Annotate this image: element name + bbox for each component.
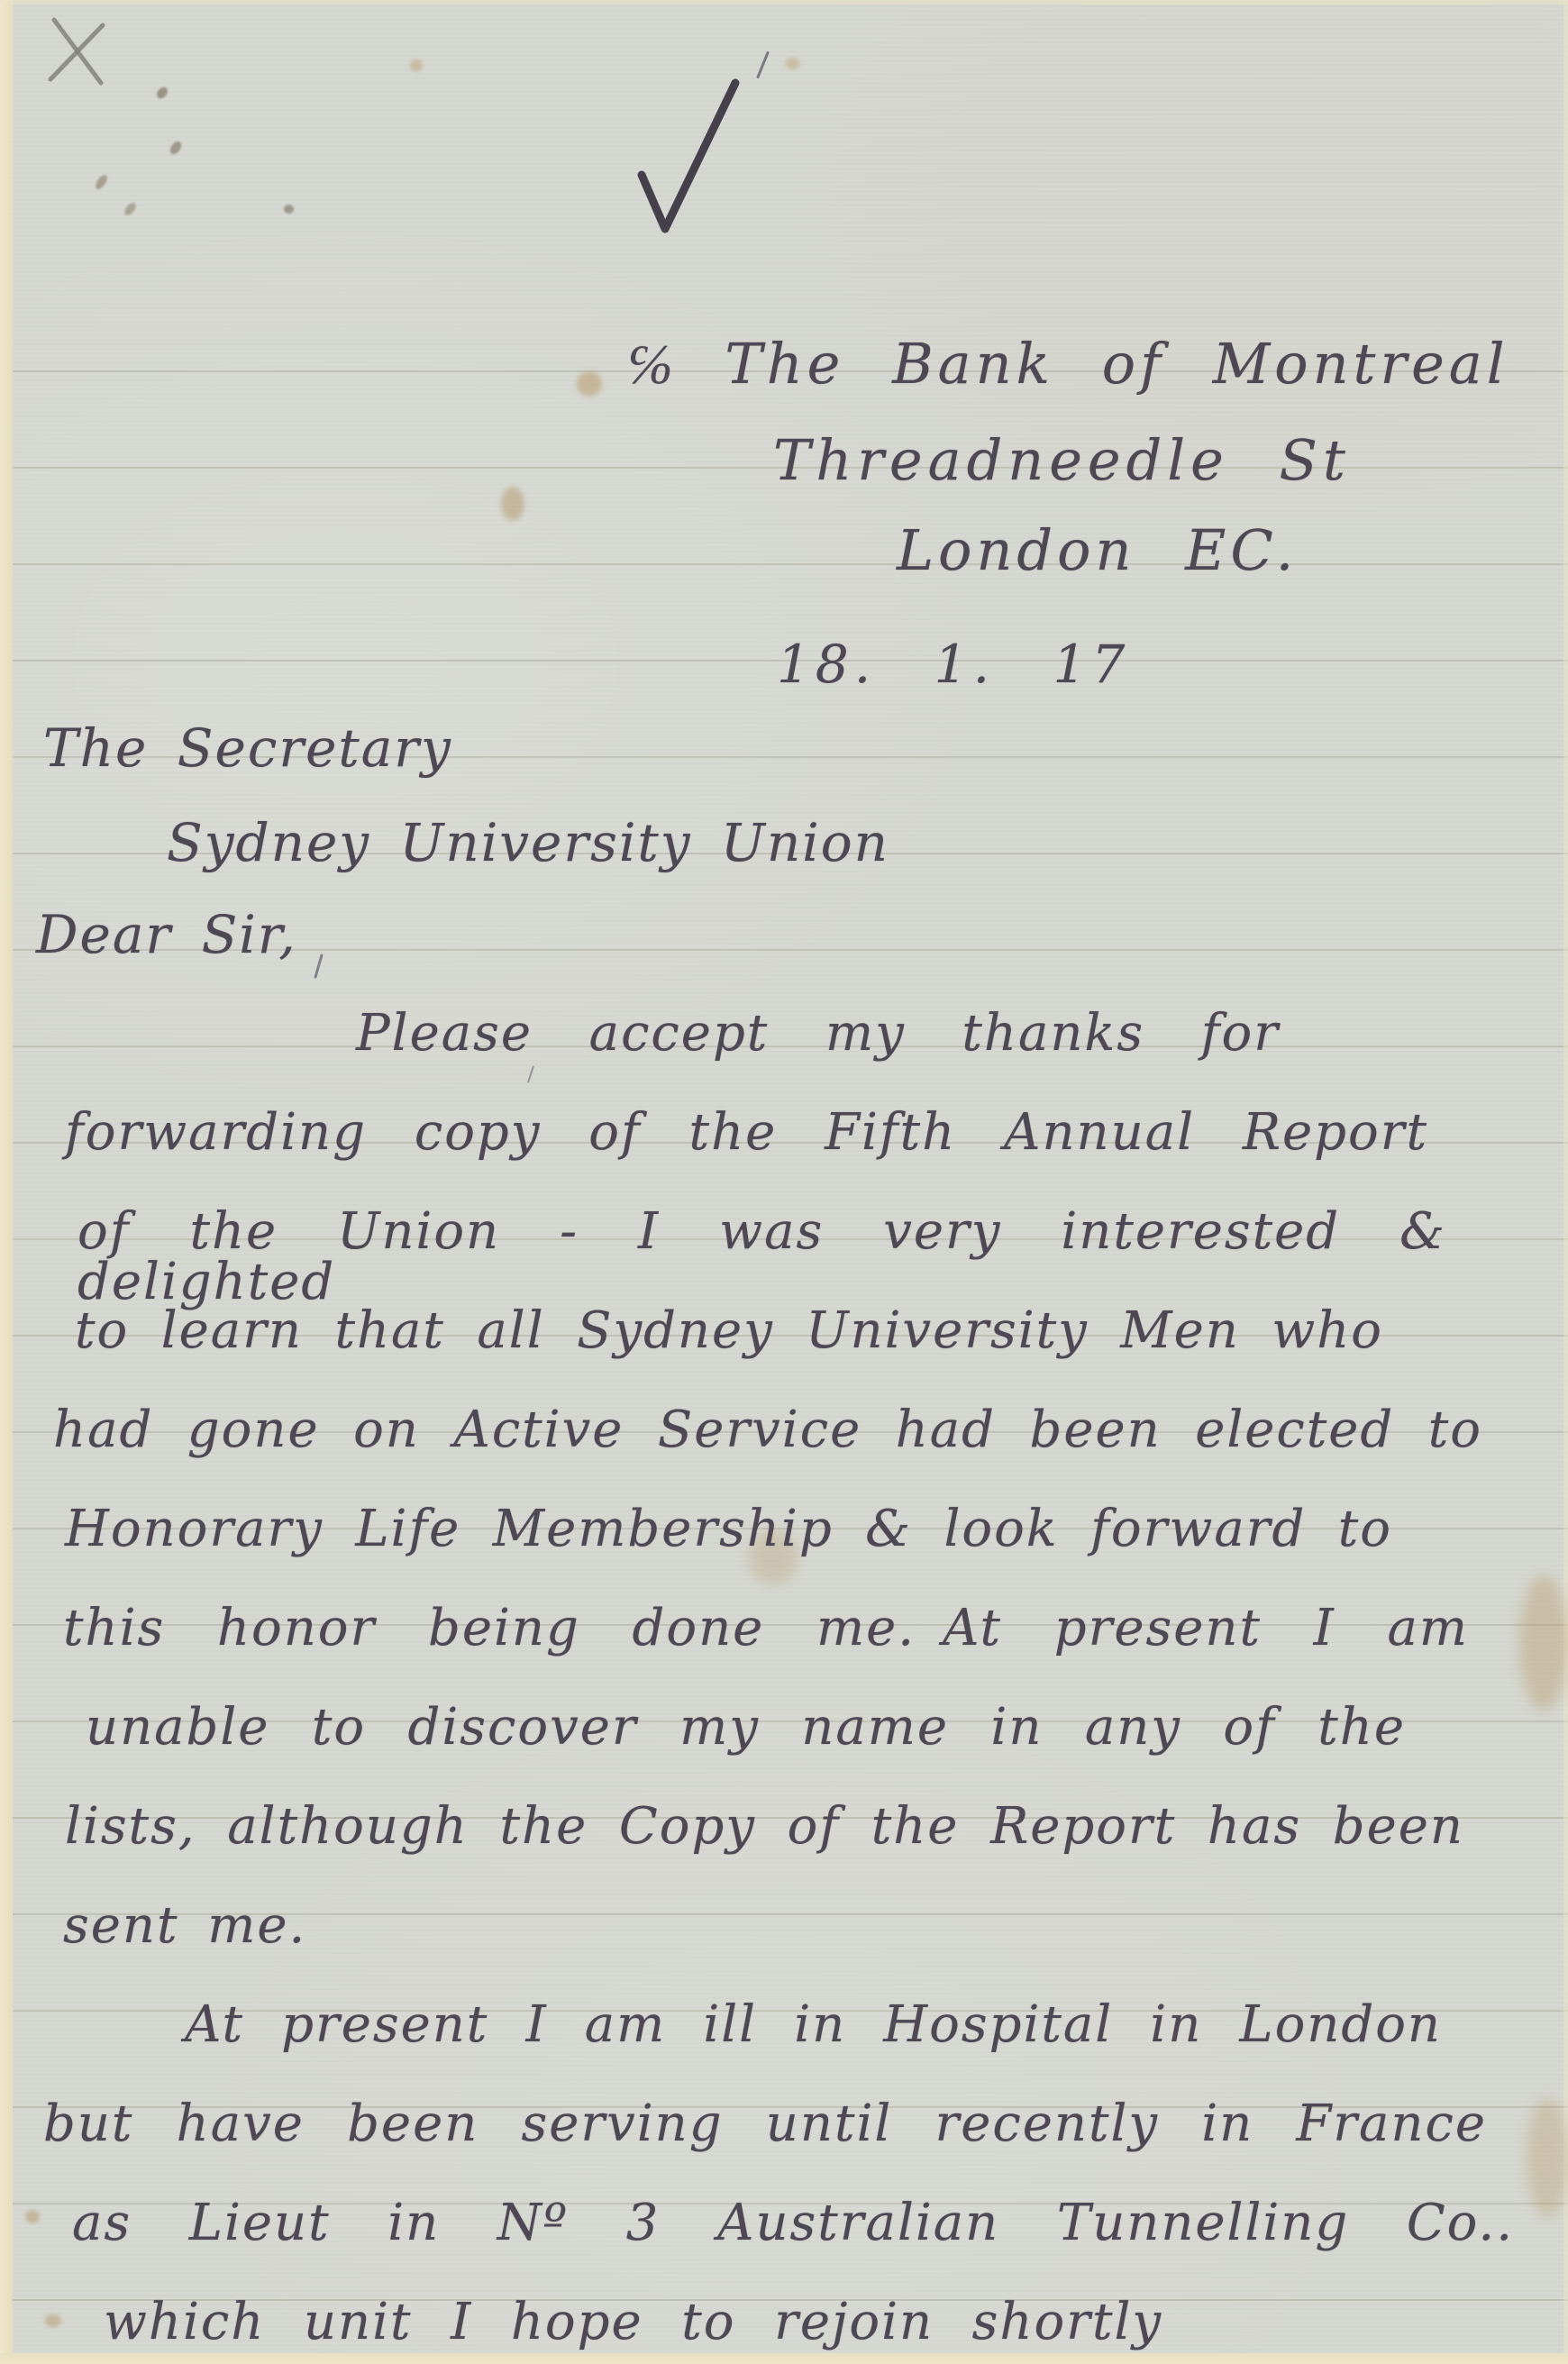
ink-speck bbox=[284, 205, 294, 214]
body-line: which unit I hope to rejoin shortly bbox=[104, 2297, 1162, 2348]
salutation: Dear Sir, bbox=[36, 908, 297, 961]
body-line: but have been serving until recently in … bbox=[43, 2099, 1487, 2150]
ink-speck bbox=[155, 85, 170, 100]
header-city-line: London EC. bbox=[897, 523, 1298, 579]
pen-fleck bbox=[756, 51, 770, 79]
page-edge-top bbox=[0, 0, 1568, 5]
header-street-line: Threadneedle St bbox=[773, 433, 1351, 488]
stain bbox=[45, 2314, 61, 2327]
body-line: forwarding copy of the Fifth Annual Repo… bbox=[65, 1108, 1428, 1158]
body-line: had gone on Active Service had been elec… bbox=[53, 1405, 1482, 1456]
recipient-line: Sydney University Union bbox=[167, 817, 889, 869]
pen-fleck bbox=[314, 954, 324, 979]
letter-page: ℅ The Bank of Montreal Threadneedle St L… bbox=[0, 0, 1568, 2364]
recipient-line: The Secretary bbox=[43, 722, 452, 774]
page-edge-left bbox=[0, 0, 13, 2364]
body-line: of the Union - I was very interested & d… bbox=[77, 1207, 1446, 1308]
cross-mark-icon bbox=[45, 14, 112, 90]
body-line: unable to discover my name in any of the bbox=[86, 1702, 1406, 1753]
pen-fleck bbox=[527, 1065, 534, 1083]
stain bbox=[786, 58, 799, 69]
body-line: lists, although the Copy of the Report h… bbox=[65, 1802, 1464, 1852]
stain bbox=[410, 59, 423, 71]
body-line: At present I am ill in Hospital in Londo… bbox=[185, 2000, 1442, 2050]
header-care-of-line: ℅ The Bank of Montreal bbox=[626, 336, 1509, 392]
ink-speck bbox=[123, 201, 138, 217]
stain bbox=[1519, 1575, 1568, 1711]
body-line: as Lieut in Nº 3 Australian Tunnelling C… bbox=[72, 2198, 1514, 2249]
stain bbox=[25, 2210, 40, 2223]
body-line: Honorary Life Membership & look forward … bbox=[65, 1504, 1392, 1555]
tick-mark-icon bbox=[629, 74, 746, 241]
header-date-line: 18. 1. 17 bbox=[777, 638, 1130, 690]
page-edge-bottom bbox=[0, 2353, 1568, 2364]
stain bbox=[1527, 2098, 1568, 2217]
page-edge-right bbox=[1563, 0, 1568, 2364]
body-line: this honor being done me. At present I a… bbox=[63, 1603, 1469, 1654]
ink-speck bbox=[94, 173, 110, 191]
body-line: sent me. bbox=[63, 1901, 306, 1951]
body-line: Please accept my thanks for bbox=[356, 1009, 1280, 1059]
ink-speck bbox=[168, 140, 183, 157]
stain bbox=[577, 371, 602, 397]
body-line: to learn that all Sydney University Men … bbox=[75, 1306, 1383, 1356]
stain bbox=[501, 487, 524, 521]
